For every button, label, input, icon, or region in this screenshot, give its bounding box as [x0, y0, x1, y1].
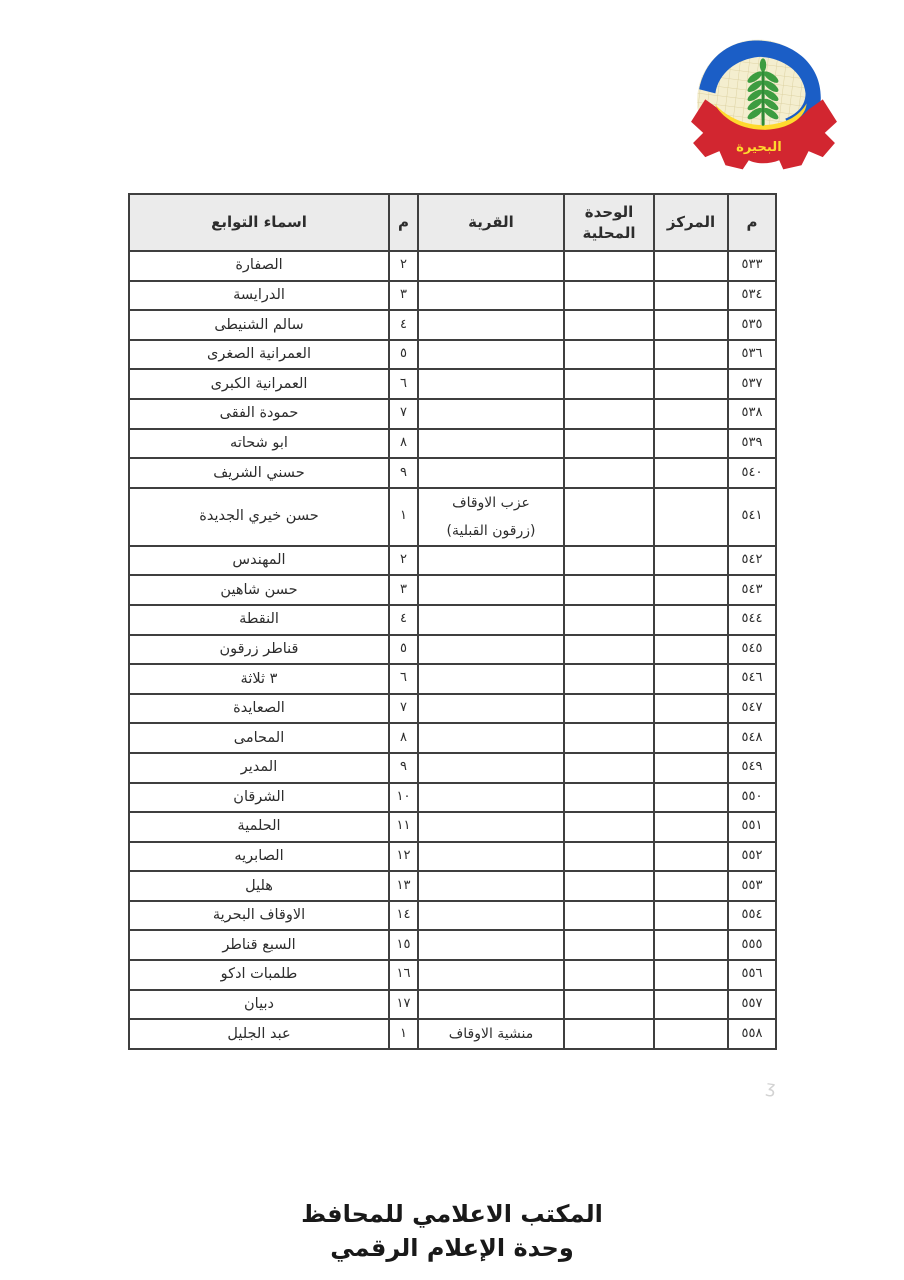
cell-sub-serial: ١ — [389, 1019, 418, 1049]
cell-name: الصابريه — [129, 842, 389, 872]
table-row: ٥٣٥٤سالم الشنيطى — [129, 310, 776, 340]
cell-center — [654, 310, 728, 340]
cell-name: حسني الشريف — [129, 458, 389, 488]
table-header-row: م المركز الوحدة المحلية القرية م اسماء ا… — [129, 194, 776, 251]
cell-local-unit — [564, 871, 654, 901]
cell-sub-serial: ٤ — [389, 310, 418, 340]
table-row: ٥٤٠٩حسني الشريف — [129, 458, 776, 488]
cell-village — [418, 635, 564, 665]
table-row: ٥٥١١١الحلمية — [129, 812, 776, 842]
logo-label: البحيرة — [736, 140, 782, 155]
cell-center — [654, 783, 728, 813]
cell-village — [418, 251, 564, 281]
affiliates-table: م المركز الوحدة المحلية القرية م اسماء ا… — [128, 193, 777, 1050]
cell-name: حسن شاهين — [129, 575, 389, 605]
cell-center — [654, 901, 728, 931]
cell-center — [654, 930, 728, 960]
footer-line-digital-media-unit: وحدة الإعلام الرقمي — [0, 1232, 904, 1266]
cell-local-unit — [564, 488, 654, 546]
cell-serial: ٥٣٥ — [728, 310, 776, 340]
cell-village — [418, 960, 564, 990]
cell-sub-serial: ٥ — [389, 340, 418, 370]
cell-sub-serial: ١٠ — [389, 783, 418, 813]
cell-village — [418, 310, 564, 340]
cell-name: الدرايسة — [129, 281, 389, 311]
cell-serial: ٥٥٠ — [728, 783, 776, 813]
cell-name: ابو شحاته — [129, 429, 389, 459]
cell-serial: ٥٤٥ — [728, 635, 776, 665]
table-row: ٥٥٨منشية الاوقاف١عبد الجليل — [129, 1019, 776, 1049]
cell-village — [418, 723, 564, 753]
cell-serial: ٥٥٢ — [728, 842, 776, 872]
cell-name: دبيان — [129, 990, 389, 1020]
cell-serial: ٥٣٨ — [728, 399, 776, 429]
cell-local-unit — [564, 369, 654, 399]
cell-sub-serial: ١٦ — [389, 960, 418, 990]
cell-local-unit — [564, 399, 654, 429]
cell-name: قناطر زرقون — [129, 635, 389, 665]
table-row: ٥٤٥٥قناطر زرقون — [129, 635, 776, 665]
table-row: ٥٤٤٤النقطة — [129, 605, 776, 635]
cell-sub-serial: ٧ — [389, 399, 418, 429]
cell-local-unit — [564, 310, 654, 340]
cell-local-unit — [564, 251, 654, 281]
header-serial: م — [728, 194, 776, 251]
cell-center — [654, 605, 728, 635]
cell-center — [654, 575, 728, 605]
table-row: ٥٤٩٩المدير — [129, 753, 776, 783]
cell-local-unit — [564, 281, 654, 311]
cell-local-unit — [564, 664, 654, 694]
cell-sub-serial: ٧ — [389, 694, 418, 724]
cell-name: الشرقان — [129, 783, 389, 813]
cell-sub-serial: ٨ — [389, 429, 418, 459]
cell-local-unit — [564, 960, 654, 990]
cell-serial: ٥٣٣ — [728, 251, 776, 281]
cell-village: عزب الاوقاف (زرقون القبلية) — [418, 488, 564, 546]
cell-sub-serial: ٩ — [389, 458, 418, 488]
header-names: اسماء التوابع — [129, 194, 389, 251]
cell-serial: ٥٤٠ — [728, 458, 776, 488]
table-row: ٥٣٤٣الدرايسة — [129, 281, 776, 311]
cell-village — [418, 605, 564, 635]
header-local-unit: الوحدة المحلية — [564, 194, 654, 251]
cell-sub-serial: ٣ — [389, 575, 418, 605]
cell-local-unit — [564, 340, 654, 370]
header-sub-serial: م — [389, 194, 418, 251]
cell-sub-serial: ١٢ — [389, 842, 418, 872]
cell-center — [654, 871, 728, 901]
header-village: القرية — [418, 194, 564, 251]
cell-name: الاوقاف البحرية — [129, 901, 389, 931]
cell-village — [418, 871, 564, 901]
cell-village — [418, 901, 564, 931]
cell-name: هليل — [129, 871, 389, 901]
cell-local-unit — [564, 842, 654, 872]
table-row: ٥٥٧١٧دبيان — [129, 990, 776, 1020]
table-row: ٥٣٣٢الصفارة — [129, 251, 776, 281]
footer: المكتب الاعلامي للمحافظ وحدة الإعلام الر… — [0, 1198, 904, 1265]
cell-village — [418, 369, 564, 399]
cell-name: حسن خيري الجديدة — [129, 488, 389, 546]
cell-serial: ٥٤١ — [728, 488, 776, 546]
cell-local-unit — [564, 930, 654, 960]
cell-sub-serial: ٦ — [389, 369, 418, 399]
cell-center — [654, 429, 728, 459]
cell-village — [418, 340, 564, 370]
table-row: ٥٤٣٣حسن شاهين — [129, 575, 776, 605]
cell-serial: ٥٤٧ — [728, 694, 776, 724]
cell-center — [654, 842, 728, 872]
cell-village — [418, 664, 564, 694]
cell-local-unit — [564, 429, 654, 459]
cell-sub-serial: ١٥ — [389, 930, 418, 960]
header-center: المركز — [654, 194, 728, 251]
cell-name: حمودة الفقى — [129, 399, 389, 429]
cell-serial: ٥٤٩ — [728, 753, 776, 783]
cell-local-unit — [564, 990, 654, 1020]
cell-local-unit — [564, 635, 654, 665]
cell-center — [654, 488, 728, 546]
cell-village — [418, 429, 564, 459]
cell-name: سالم الشنيطى — [129, 310, 389, 340]
table-row: ٥٤١عزب الاوقاف (زرقون القبلية)١حسن خيري … — [129, 488, 776, 546]
cell-center — [654, 812, 728, 842]
cell-name: المدير — [129, 753, 389, 783]
table-row: ٥٤٨٨المحامى — [129, 723, 776, 753]
cell-village: منشية الاوقاف — [418, 1019, 564, 1049]
cell-serial: ٥٤٤ — [728, 605, 776, 635]
cell-serial: ٥٥٧ — [728, 990, 776, 1020]
cell-sub-serial: ٩ — [389, 753, 418, 783]
cell-center — [654, 753, 728, 783]
cell-center — [654, 369, 728, 399]
table-row: ٥٣٩٨ابو شحاته — [129, 429, 776, 459]
cell-center — [654, 546, 728, 576]
cell-local-unit — [564, 753, 654, 783]
cell-name: النقطة — [129, 605, 389, 635]
cell-center — [654, 960, 728, 990]
cell-sub-serial: ٨ — [389, 723, 418, 753]
cell-serial: ٥٤٢ — [728, 546, 776, 576]
table-row: ٥٣٦٥العمرانية الصغرى — [129, 340, 776, 370]
cell-village — [418, 399, 564, 429]
cell-name: المحامى — [129, 723, 389, 753]
cell-sub-serial: ٦ — [389, 664, 418, 694]
cell-village — [418, 281, 564, 311]
table-row: ٥٥٦١٦طلمبات ادكو — [129, 960, 776, 990]
cell-village — [418, 990, 564, 1020]
cell-sub-serial: ١١ — [389, 812, 418, 842]
cell-sub-serial: ١٤ — [389, 901, 418, 931]
cell-sub-serial: ١ — [389, 488, 418, 546]
cell-local-unit — [564, 901, 654, 931]
cell-center — [654, 635, 728, 665]
cell-serial: ٥٥٤ — [728, 901, 776, 931]
cell-village — [418, 546, 564, 576]
cell-local-unit — [564, 458, 654, 488]
cell-center — [654, 458, 728, 488]
cell-sub-serial: ٢ — [389, 251, 418, 281]
cell-village — [418, 575, 564, 605]
cell-village — [418, 458, 564, 488]
cell-center — [654, 723, 728, 753]
scanned-document-page: البحيرة م المركز الوحدة المحلية القرية م… — [0, 0, 904, 1280]
table-row: ٥٥٥١٥السبع قناطر — [129, 930, 776, 960]
cell-local-unit — [564, 812, 654, 842]
cell-center — [654, 281, 728, 311]
cell-center — [654, 694, 728, 724]
table-row: ٥٥٣١٣هليل — [129, 871, 776, 901]
cell-sub-serial: ١٧ — [389, 990, 418, 1020]
cell-sub-serial: ٤ — [389, 605, 418, 635]
cell-village — [418, 930, 564, 960]
cell-serial: ٥٥٥ — [728, 930, 776, 960]
cell-village — [418, 753, 564, 783]
cell-sub-serial: ٣ — [389, 281, 418, 311]
cell-sub-serial: ١٣ — [389, 871, 418, 901]
cell-name: طلمبات ادكو — [129, 960, 389, 990]
cell-name: السبع قناطر — [129, 930, 389, 960]
cell-serial: ٥٥٣ — [728, 871, 776, 901]
cell-center — [654, 1019, 728, 1049]
scan-artifact-mark: ʒ — [765, 1077, 778, 1098]
table-body: ٥٣٣٢الصفارة٥٣٤٣الدرايسة٥٣٥٤سالم الشنيطى٥… — [129, 251, 776, 1049]
table-row: ٥٥٤١٤الاوقاف البحرية — [129, 901, 776, 931]
table-row: ٥٤٢٢المهندس — [129, 546, 776, 576]
cell-village — [418, 783, 564, 813]
table-row: ٥٣٨٧حمودة الفقى — [129, 399, 776, 429]
cell-name: المهندس — [129, 546, 389, 576]
cell-serial: ٥٥١ — [728, 812, 776, 842]
cell-center — [654, 399, 728, 429]
cell-village — [418, 812, 564, 842]
cell-serial: ٥٤٦ — [728, 664, 776, 694]
cell-serial: ٥٤٨ — [728, 723, 776, 753]
cell-name: الصعايدة — [129, 694, 389, 724]
table-row: ٥٥٢١٢الصابريه — [129, 842, 776, 872]
cell-sub-serial: ٥ — [389, 635, 418, 665]
cell-serial: ٥٣٧ — [728, 369, 776, 399]
cell-local-unit — [564, 694, 654, 724]
cell-center — [654, 340, 728, 370]
cell-local-unit — [564, 783, 654, 813]
table-row: ٥٣٧٦العمرانية الكبرى — [129, 369, 776, 399]
cell-local-unit — [564, 546, 654, 576]
cell-serial: ٥٤٣ — [728, 575, 776, 605]
logo-graphic: البحيرة — [688, 36, 840, 174]
cell-serial: ٥٥٨ — [728, 1019, 776, 1049]
cell-name: العمرانية الكبرى — [129, 369, 389, 399]
cell-local-unit — [564, 605, 654, 635]
cell-serial: ٥٣٩ — [728, 429, 776, 459]
cell-name: الصفارة — [129, 251, 389, 281]
beheira-governorate-logo: البحيرة — [688, 36, 840, 174]
cell-center — [654, 990, 728, 1020]
cell-center — [654, 664, 728, 694]
cell-center — [654, 251, 728, 281]
cell-local-unit — [564, 575, 654, 605]
cell-name: عبد الجليل — [129, 1019, 389, 1049]
cell-serial: ٥٣٦ — [728, 340, 776, 370]
footer-line-media-office: المكتب الاعلامي للمحافظ — [0, 1198, 904, 1232]
cell-name: ٣ ثلاثة — [129, 664, 389, 694]
table-row: ٥٥٠١٠الشرقان — [129, 783, 776, 813]
cell-village — [418, 694, 564, 724]
cell-sub-serial: ٢ — [389, 546, 418, 576]
cell-name: الحلمية — [129, 812, 389, 842]
cell-serial: ٥٣٤ — [728, 281, 776, 311]
cell-local-unit — [564, 723, 654, 753]
cell-local-unit — [564, 1019, 654, 1049]
cell-village — [418, 842, 564, 872]
cell-name: العمرانية الصغرى — [129, 340, 389, 370]
table-row: ٥٤٧٧الصعايدة — [129, 694, 776, 724]
cell-serial: ٥٥٦ — [728, 960, 776, 990]
table-row: ٥٤٦٦٣ ثلاثة — [129, 664, 776, 694]
